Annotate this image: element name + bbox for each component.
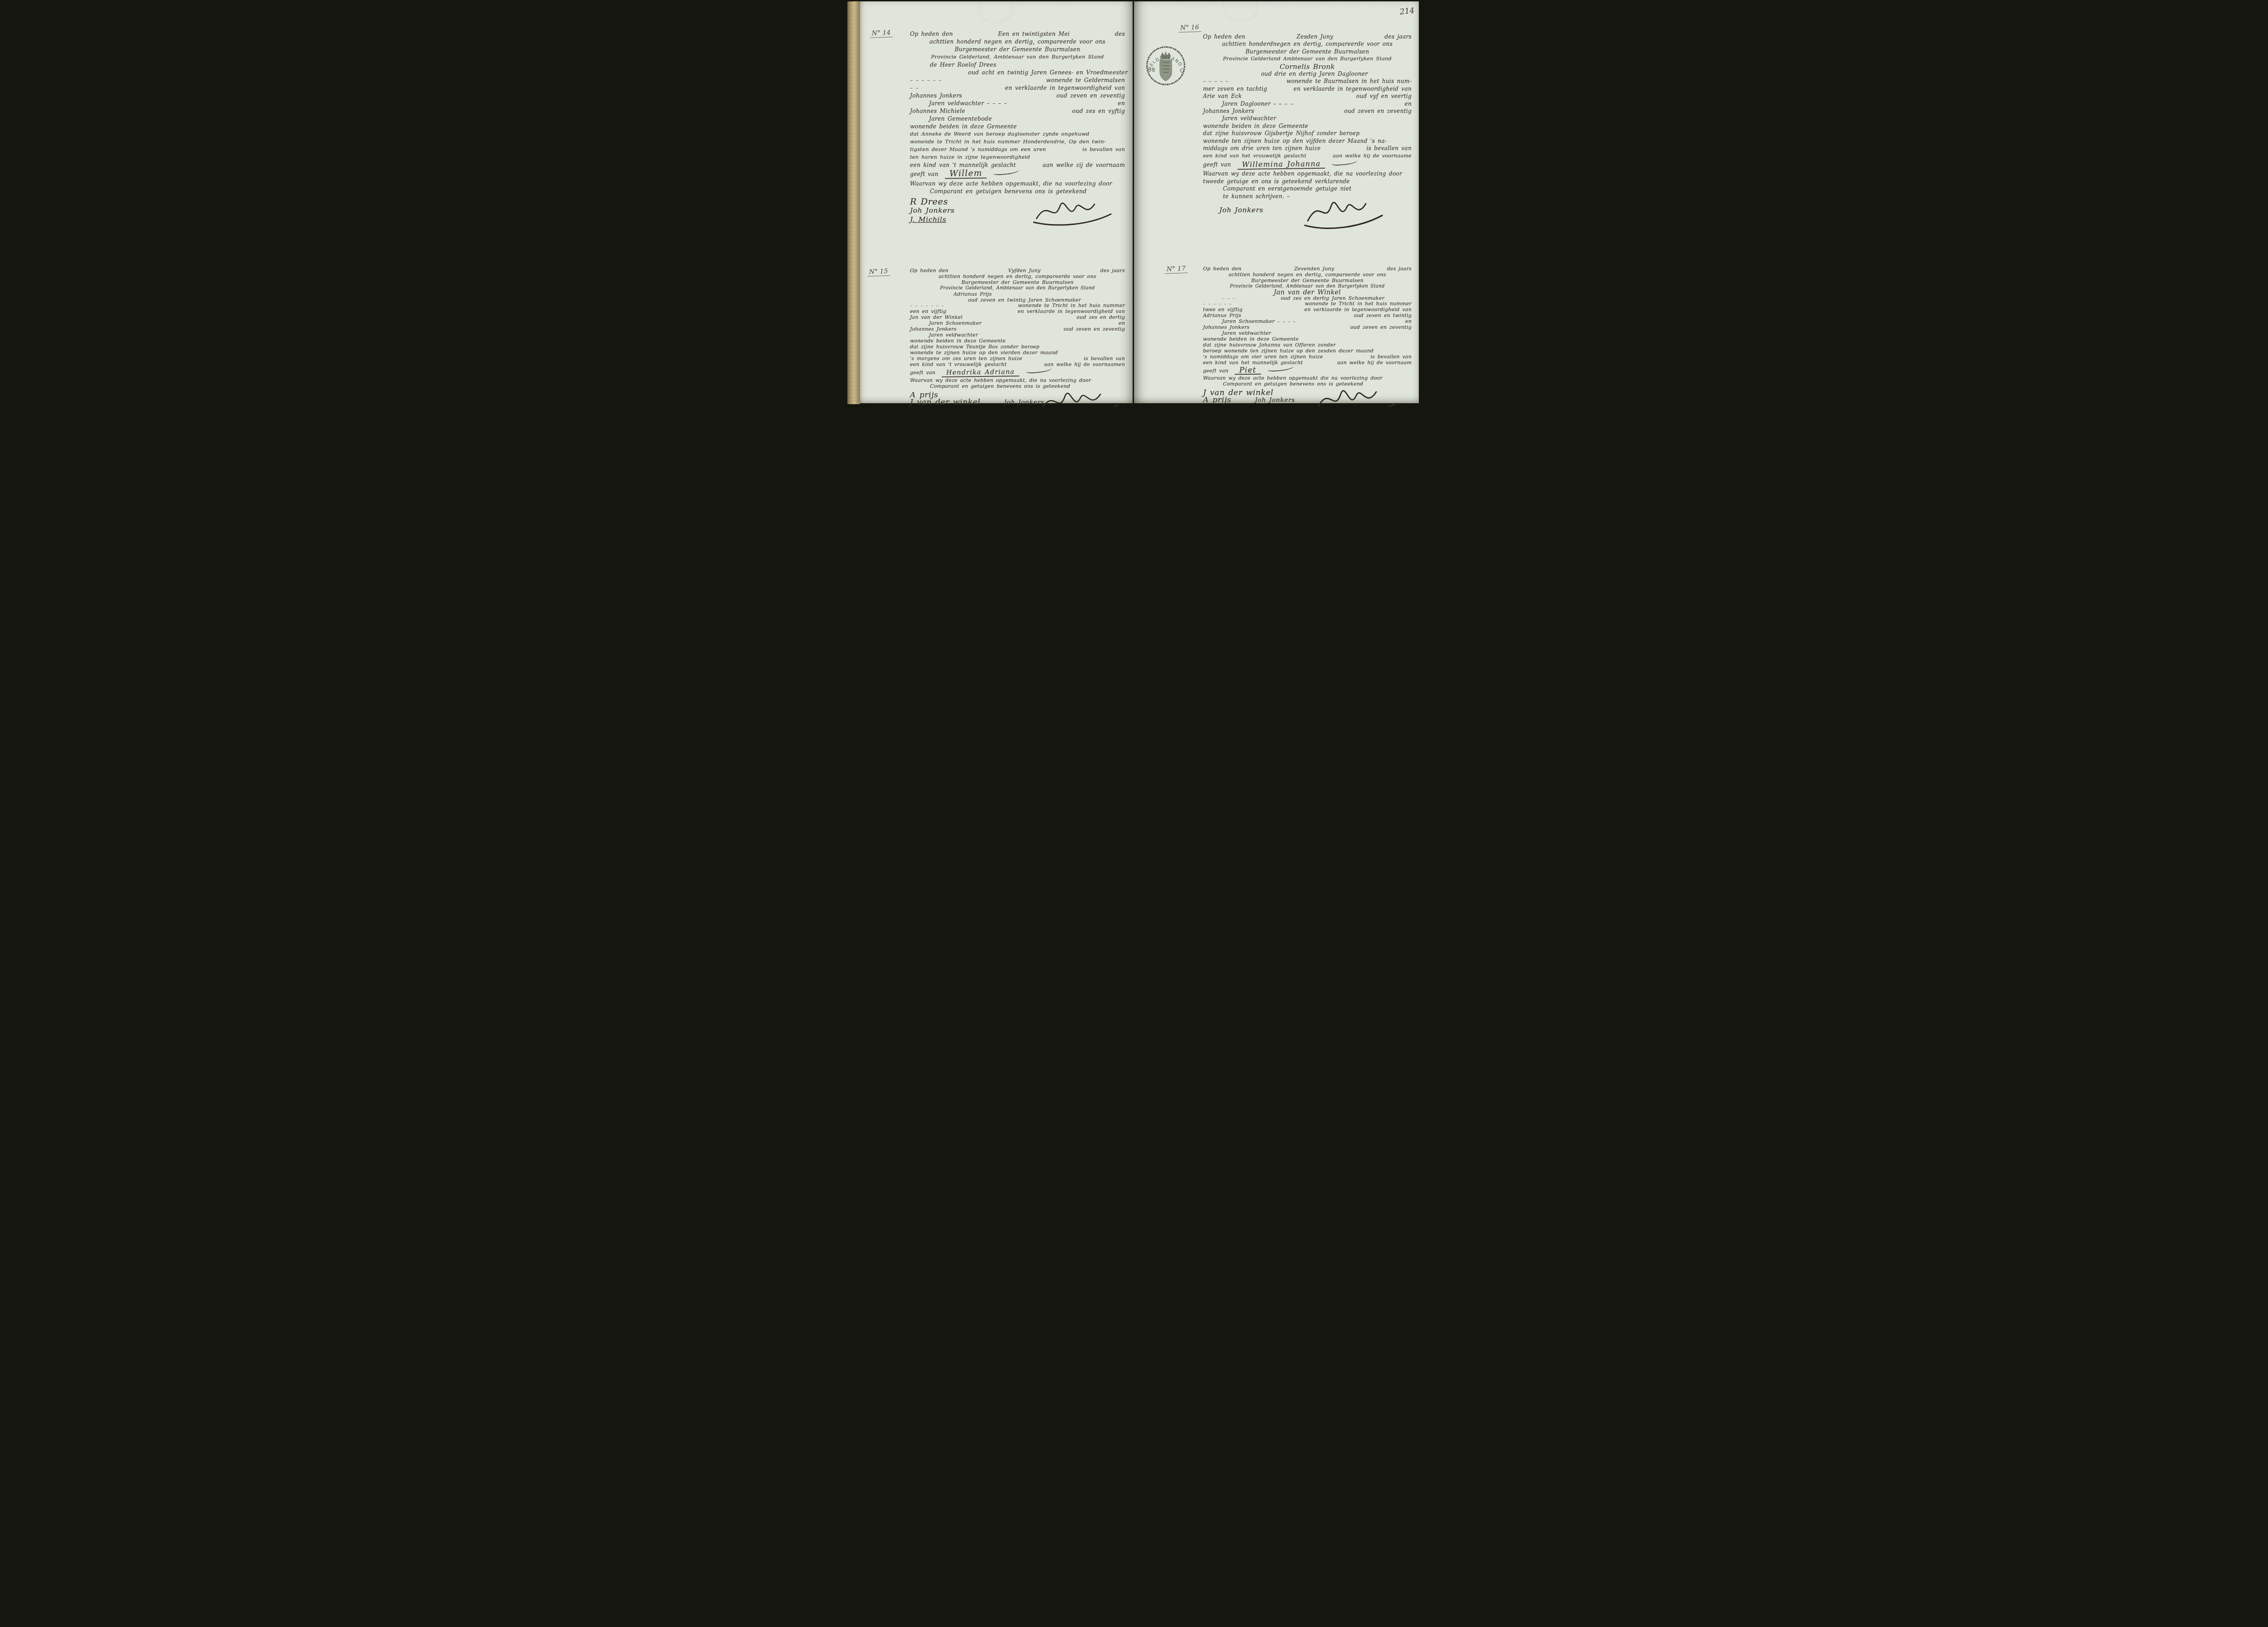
name-label: geeft van	[1203, 161, 1231, 168]
line-right: is bevallen van	[1366, 145, 1412, 152]
act-entry-14: Op heden den Een en twintigsten Mei des …	[910, 30, 1125, 224]
line-right: des jaars	[1100, 268, 1125, 274]
line-center: Een en twintigsten Mei	[953, 30, 1115, 38]
act-line: Jan van der Winkel	[1203, 290, 1412, 296]
line-right: en verklaarde in tegenwoordigheid van	[1294, 85, 1412, 93]
signature-block: Joh Jonkers	[1203, 206, 1412, 214]
line-left: – – – – –	[1203, 78, 1228, 85]
act-line: een kind van het vrouwelijk geslacht aan…	[1203, 152, 1412, 160]
act-line: Adrianus Prijs	[953, 292, 1125, 298]
line-left: Johannes Jonkers	[1203, 107, 1254, 115]
act-line: dat zijne huisvrouw Teuntje Bos zonder b…	[910, 344, 1125, 350]
line-left: 's namiddags om vier uren ten zijnen hui…	[1203, 354, 1323, 360]
line-right: aan welke zij de voornaam	[1043, 161, 1125, 169]
act-line: Jaren Gemeentebode	[910, 115, 1125, 122]
embossed-stamp-ghost	[1223, 0, 1258, 21]
signature: Joh Jonkers	[1004, 400, 1044, 406]
act-line: Op heden den Een en twintigsten Mei des	[910, 30, 1125, 38]
child-name: Willem	[945, 169, 987, 179]
line-right: aan welke hij de voornaam	[1337, 360, 1412, 366]
embossed-stamp-ghost	[978, 0, 1013, 23]
act-line: Jaren veldwachter	[1203, 115, 1412, 122]
line-left: tigsten dezer Maand 's namiddags om een …	[910, 146, 1046, 153]
act-line: wonende te zijnen huize op den vierden d…	[910, 350, 1125, 356]
child-name: Piet	[1235, 367, 1261, 375]
line-right: oud zeven en zeventig	[1056, 92, 1125, 99]
act-line: dat zijne huisvrouw Gijsbertje Nijhof zo…	[1203, 130, 1412, 137]
act-line: achttien honderd negen en dertig, compar…	[1203, 272, 1412, 278]
signature: J van der winkel	[910, 400, 980, 406]
line-left: Jaren Daglooner – – – –	[1222, 100, 1293, 107]
act-line: ten haren huize in zijne tegenwoordighei…	[910, 153, 1125, 161]
line-left: Op heden den	[1203, 33, 1245, 40]
act-line: een kind van 't vrouwelijk geslacht aan …	[910, 362, 1125, 368]
ink-flourish	[993, 167, 1020, 176]
line-right: aan welke hij de voornaamen	[1044, 362, 1125, 368]
act-line: Johannes Jonkers oud zeven en zeventig	[910, 92, 1125, 99]
act-line: Johannes Michiele oud zes en vyftig	[910, 107, 1125, 115]
act-line: wonende beiden in deze Gemeente	[910, 122, 1125, 130]
act-line: Op heden den Vyfden Juny des jaars	[910, 268, 1125, 274]
child-name: Willemina Johanna	[1237, 160, 1325, 170]
signature: Joh Jonkers	[910, 207, 1125, 215]
line-right: oud zes en dertig	[1076, 315, 1125, 321]
line-left: Jaren Gemeentebode	[929, 115, 992, 122]
child-name-line: geeft van Hendrika Adriana	[910, 368, 1125, 377]
act-line: Provincie Gelderland, Ambtenaar van den …	[910, 286, 1125, 292]
line-right: en	[1118, 99, 1125, 107]
folio-mark: 214	[1399, 6, 1415, 16]
line-right: is bevallen van	[1082, 146, 1125, 153]
line-left: – – – – – –	[910, 76, 942, 84]
line-right: des jaars	[1387, 266, 1412, 272]
act-line: Jaren veldwachter – – – – en	[910, 99, 1125, 107]
line-right: oud zes en vyftig	[1072, 107, 1125, 115]
signature: A prijs	[1203, 397, 1231, 403]
act-line: achttien honderd negen en dertig, compar…	[910, 274, 1125, 280]
line-left: Jaren veldwachter	[1222, 331, 1271, 337]
line-center: Vyfden Juny	[948, 268, 1100, 274]
signature: Joh Jonkers	[1255, 397, 1295, 403]
act-line: een kind van het mannelijk geslacht aan …	[1203, 360, 1412, 366]
act-number-14: N° 14	[870, 29, 893, 38]
line-right: oud zeven en zeventig	[1350, 325, 1412, 331]
act-line: wonende beiden in deze Gemeente	[1203, 337, 1412, 342]
act-line: Cornelis Bronk	[1203, 63, 1412, 70]
page-left: N° 14 Op heden den Een en twintigsten Me…	[860, 1, 1133, 403]
act-number-15: N° 15	[867, 268, 890, 277]
act-line: beroep wonende ten zijnen huize op den z…	[1203, 348, 1412, 354]
line-right: en verklaarde in tegenwoordigheid van	[1005, 84, 1125, 92]
act-line: mer zeven en tachtig en verklaarde in te…	[1203, 85, 1412, 93]
act-line: tweede getuige en ons is geteekend verkl…	[1203, 178, 1412, 185]
act-line: Comparant en getuigen benevens ons is ge…	[1223, 381, 1412, 387]
signature: J van der winkel	[1203, 390, 1412, 396]
act-line: Jaren veldwachter	[910, 332, 1125, 338]
act-line: Provincie Gelderland, Ambtenaar van den …	[910, 53, 1125, 61]
line-left: een kind van 't mannelijk geslacht	[910, 161, 1016, 169]
line-left: Johannes Jonkers	[910, 92, 962, 99]
act-line: dat zijne huisvrouw Johanna van Offeren …	[1203, 342, 1412, 348]
stamp-right-text: C	[1180, 68, 1183, 74]
stamp-left-text: 38	[1148, 67, 1155, 73]
name-label: geeft van	[1203, 368, 1228, 374]
line-left: Johannes Michiele	[910, 107, 965, 115]
act-line: Burgemeester der Gemeente Buurmalsen	[1203, 278, 1412, 284]
act-line: Waarvan wy deze acte hebben opgemaakt, d…	[1203, 170, 1412, 177]
act-number-17: N° 17	[1165, 265, 1188, 274]
act-line: achttien honderd negen en dertig, compar…	[910, 38, 1125, 45]
act-line: wonende ten zijnen huize op den vijfden …	[1203, 137, 1412, 145]
line-left: middags om drie uren ten zijnen huize	[1203, 145, 1320, 152]
act-entry-17: Op heden den Zevenden Juny des jaars ach…	[1203, 266, 1412, 403]
line-left: een kind van 't vrouwelijk geslacht	[910, 362, 1007, 368]
act-line: oud drie en dertig Jaren Daglooner	[1261, 70, 1412, 78]
signature: J. Michils	[910, 216, 1125, 224]
name-label: geeft van	[910, 170, 938, 178]
act-line: tigsten dezer Maand 's namiddags om een …	[910, 146, 1125, 153]
act-line: Comparant en eerstgenoemde getuige niet	[1223, 185, 1412, 192]
act-line: Jaren Daglooner – – – – en	[1203, 100, 1412, 107]
signature-block: A prijs J van der winkel Joh Jonkers	[910, 392, 1125, 406]
book-edge-stack	[847, 1, 860, 404]
line-left: Arie van Eck	[1203, 93, 1242, 100]
name-label: geeft van	[910, 370, 935, 376]
child-name-line: geeft van Willemina Johanna	[1203, 161, 1412, 169]
act-line: Jaren veldwachter	[1203, 331, 1412, 337]
act-line: – – en verklaarde in tegenwoordigheid va…	[910, 84, 1125, 92]
line-right: is bevallen van	[1370, 354, 1412, 360]
act-line: wonende beiden in deze Gemeente	[1203, 122, 1412, 130]
line-left: Op heden den	[910, 268, 948, 274]
act-line: Op heden den Zesden Juny des jaars	[1203, 33, 1412, 40]
signature-block: R Drees Joh Jonkers J. Michils	[910, 198, 1125, 224]
child-name-line: geeft van Piet	[1203, 366, 1412, 375]
act-line: 's namiddags om vier uren ten zijnen hui…	[1203, 354, 1412, 360]
act-line: Comparant en getuigen benevens ons is ge…	[930, 187, 1125, 195]
page-right: 214 GELDERLAND 38 C N° 16 Op heden den Z…	[1134, 1, 1419, 403]
line-center: Zevenden Juny	[1242, 266, 1387, 272]
line-left: – –	[910, 84, 919, 92]
signature: R Drees	[910, 198, 1125, 205]
act-line: Provincie Gelderland Ambtenaar van den B…	[1203, 55, 1412, 63]
line-right: oud zeven en twintig	[1354, 313, 1412, 319]
line-left: Op heden den	[1203, 266, 1242, 272]
revenue-stamp: GELDERLAND 38 C	[1145, 45, 1187, 87]
act-line: Arie van Eck oud vyf en veertig	[1203, 93, 1412, 100]
act-line: achttien honderdnegen en dertig, compare…	[1203, 40, 1412, 48]
act-line: dat Anneke de Weerd van beroep dagloonst…	[910, 130, 1125, 138]
act-line: 's morgens om zes uren ten zijnen huize …	[910, 356, 1125, 362]
act-line: Burgemeester der Gemeente Buurmalsen	[910, 280, 1125, 286]
act-line: de Heer Roelof Drees	[930, 61, 1125, 68]
act-line: Burgemeester der Gemeente Buurmalsen	[910, 45, 1125, 53]
child-name-line: geeft van Willem	[910, 170, 1125, 179]
act-line: Op heden den Zevenden Juny des jaars	[1203, 266, 1412, 272]
line-right: en	[1404, 100, 1412, 107]
line-right: wonende te Buurmalsen in het huis num-	[1286, 78, 1412, 85]
act-line: wonende beiden in deze Gemeente	[910, 338, 1125, 344]
line-left: Jaren veldwachter	[929, 332, 978, 338]
signature: Joh Jonkers	[1219, 206, 1412, 214]
register-scan: N° 14 Op heden den Een en twintigsten Me…	[844, 0, 1424, 407]
act-line: – – – – – wonende te Buurmalsen in het h…	[1203, 78, 1412, 85]
child-name: Hendrika Adriana	[942, 369, 1019, 377]
act-line: wonende te Tricht in het huis nummer Hon…	[910, 138, 1125, 146]
stamp-coat-of-arms	[1160, 51, 1172, 81]
line-right: oud zeven en zeventig	[1344, 107, 1412, 115]
act-entry-15: Op heden den Vyfden Juny des jaars achtt…	[910, 268, 1125, 406]
line-right: is bevallen van	[1084, 356, 1125, 362]
line-right: oud zeven en zeventig	[1064, 327, 1125, 332]
act-line: Burgemeester der Gemeente Buurmalsen	[1203, 48, 1412, 55]
line-left: een kind van het vrouwelijk geslacht	[1203, 152, 1306, 160]
line-right: des jaars	[1384, 33, 1412, 40]
act-line: Waarvan wy deze acte hebben opgemaakt, d…	[910, 180, 1125, 187]
act-line: – – – – – – wonende te Geldermalsen	[910, 76, 1125, 84]
line-right: wonende te Geldermalsen	[1046, 76, 1125, 84]
line-left: 's morgens om zes uren ten zijnen huize	[910, 356, 1022, 362]
act-number-16: N° 16	[1178, 24, 1201, 33]
line-left: Op heden den	[910, 30, 953, 38]
line-left: mer zeven en tachtig	[1203, 85, 1267, 93]
act-entry-16: Op heden den Zesden Juny des jaars achtt…	[1203, 33, 1412, 214]
line-right: oud vyf en veertig	[1356, 93, 1412, 100]
line-center: Zesden Juny	[1245, 33, 1384, 40]
act-line: Johannes Jonkers oud zeven en zeventig	[1203, 107, 1412, 115]
line-left: Jaren veldwachter	[1222, 115, 1276, 122]
line-right: des	[1115, 30, 1125, 38]
signature-block: J van der winkel A prijs Joh Jonkers	[1203, 390, 1412, 403]
act-line: middags om drie uren ten zijnen huize is…	[1203, 145, 1412, 152]
line-right: aan welke hij de voornaame	[1333, 152, 1412, 160]
act-line: Comparant en getuigen benevens ons is ge…	[930, 384, 1125, 390]
act-line: te kunnen schrijven. –	[1223, 193, 1412, 200]
act-line: oud acht en twintig Jaren Genees- en Vro…	[968, 68, 1125, 76]
line-left: Jaren veldwachter – – – –	[929, 99, 1007, 107]
